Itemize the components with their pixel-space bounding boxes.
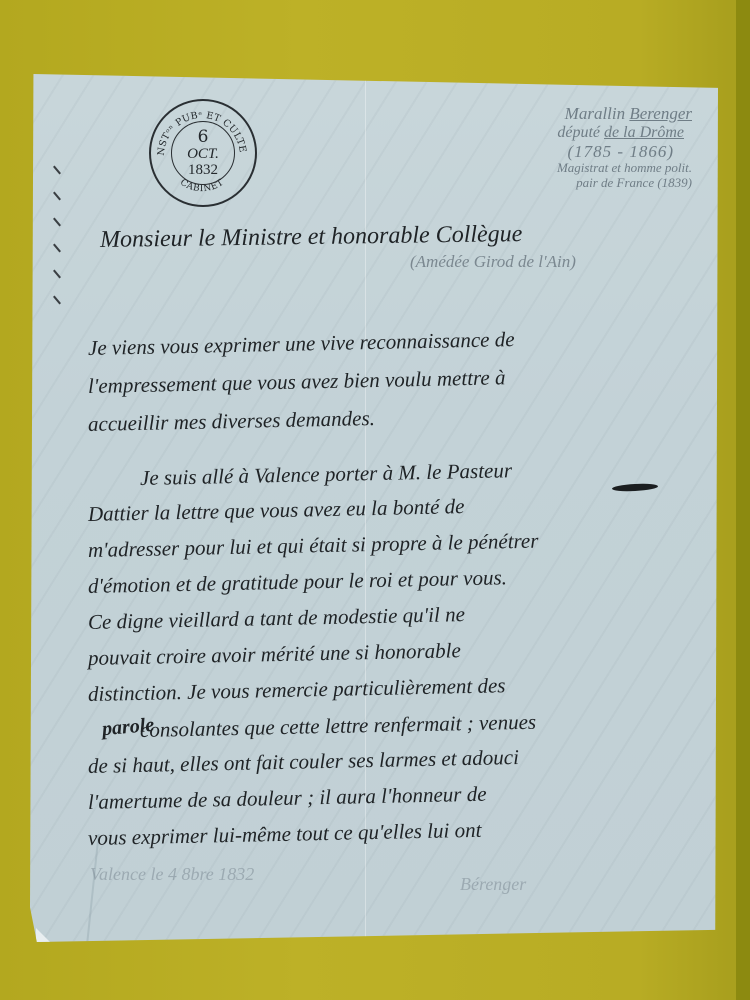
margin-ink-ticks [52, 169, 62, 325]
annotation-role: député [557, 124, 600, 141]
paragraph2-line: vous exprimer lui-même tout ce qu'elles … [88, 818, 482, 851]
paragraph2-line: distinction. Je vous remercie particuliè… [88, 673, 506, 707]
faint-bleed-date: Valence le 4 8bre 1832 [90, 864, 254, 885]
stamp-month: OCT. [187, 147, 219, 162]
paragraph1-line: accueillir mes diverses demandes. [88, 406, 375, 437]
paragraph1-line: l'empressement que vous avez bien voulu … [88, 365, 506, 399]
paragraph2-line: m'adresser pour lui et qui était si prop… [88, 529, 539, 563]
pencil-annotation: Marallin Berenger député de la Drôme (17… [482, 104, 692, 191]
paragraph1-line: Je viens vous exprimer une vive reconnai… [88, 327, 515, 361]
salutation-pencil-note: (Amédée Girod de l'Ain) [410, 252, 576, 272]
folded-corner [36, 928, 50, 942]
paragraph2-line: d'émotion et de gratitude pour le roi et… [88, 565, 507, 599]
backdrop-edge [736, 0, 750, 1000]
stamp-year: 1832 [188, 163, 218, 178]
official-stamp: INSTᵒⁿ PUBᵉ ET CULTES CABINET 6 OCT. 183… [149, 99, 257, 207]
annotation-title: pair de France (1839) [482, 176, 692, 191]
faint-bleed-signature: Bérenger [460, 874, 526, 895]
paragraph2-line: Dattier la lettre que vous avez eu la bo… [88, 494, 465, 527]
stamp-date: 6 OCT. 1832 [171, 121, 235, 185]
annotation-profession: Magistrat et homme polit. [482, 161, 692, 176]
paragraph2-line: l'amertume de sa douleur ; il aura l'hon… [88, 782, 487, 815]
annotation-prefix: Marallin [565, 104, 625, 123]
paragraph2-line: consolantes que cette lettre renfermait … [140, 710, 537, 743]
stamp-day: 6 [198, 129, 209, 146]
paragraph2-line: pouvait croire avoir mérité une si honor… [88, 638, 461, 671]
margin-correction-word: parole [101, 714, 155, 741]
annotation-dates: (1785 - 1866) [482, 142, 674, 162]
paragraph2-line: Ce digne vieillard a tant de modestie qu… [88, 602, 465, 635]
letter-salutation: Monsieur le Ministre et honorable Collèg… [100, 221, 523, 254]
annotation-region: de la Drôme [604, 124, 684, 141]
paragraph2-line: Je suis allé à Valence porter à M. le Pa… [140, 458, 513, 491]
annotation-name: Berenger [629, 104, 692, 123]
letter-sheet: INSTᵒⁿ PUBᵉ ET CULTES CABINET 6 OCT. 183… [30, 74, 718, 942]
paragraph2-line: de si haut, elles ont fait couler ses la… [88, 745, 519, 779]
ink-blot [612, 483, 658, 492]
